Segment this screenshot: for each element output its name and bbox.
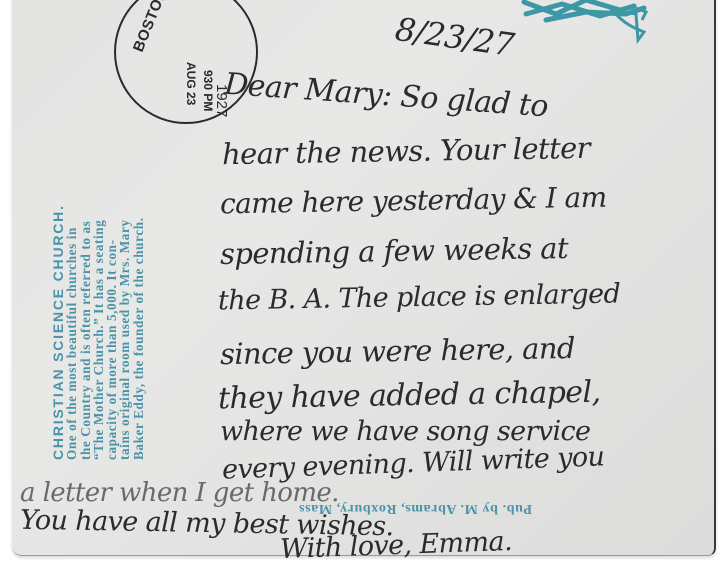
caption-line: the Country and is often referred to as (79, 50, 92, 460)
handwritten-line: a letter when I get home. (20, 478, 339, 508)
caption-line: tains original room used by Mrs. Mary (118, 50, 131, 460)
printed-ornament-icon (516, 0, 676, 50)
caption-line: capacity of more than 5,000. It con- (105, 50, 118, 460)
handwritten-signature: With love, Emma. (280, 526, 513, 565)
caption-line: Baker Eddy, the founder of the church. (132, 50, 145, 460)
caption-title: CHRISTIAN SCIENCE CHURCH. (52, 50, 65, 460)
caption-line: “The Mother Church.” It has a seating (92, 50, 105, 460)
postmark-date: AUG 23 (184, 62, 198, 105)
caption-line: One of the most beautiful churches in (65, 50, 78, 460)
handwritten-line: where we have song service (220, 416, 590, 447)
handwritten-line: they have added a chapel, (218, 375, 601, 417)
handwritten-line: hear the news. Your letter (222, 131, 590, 171)
handwritten-line: since you were here, and (220, 331, 575, 371)
handwritten-line: came here yesterday & I am (220, 181, 607, 221)
handwritten-line: spending a few weeks at (220, 231, 569, 271)
